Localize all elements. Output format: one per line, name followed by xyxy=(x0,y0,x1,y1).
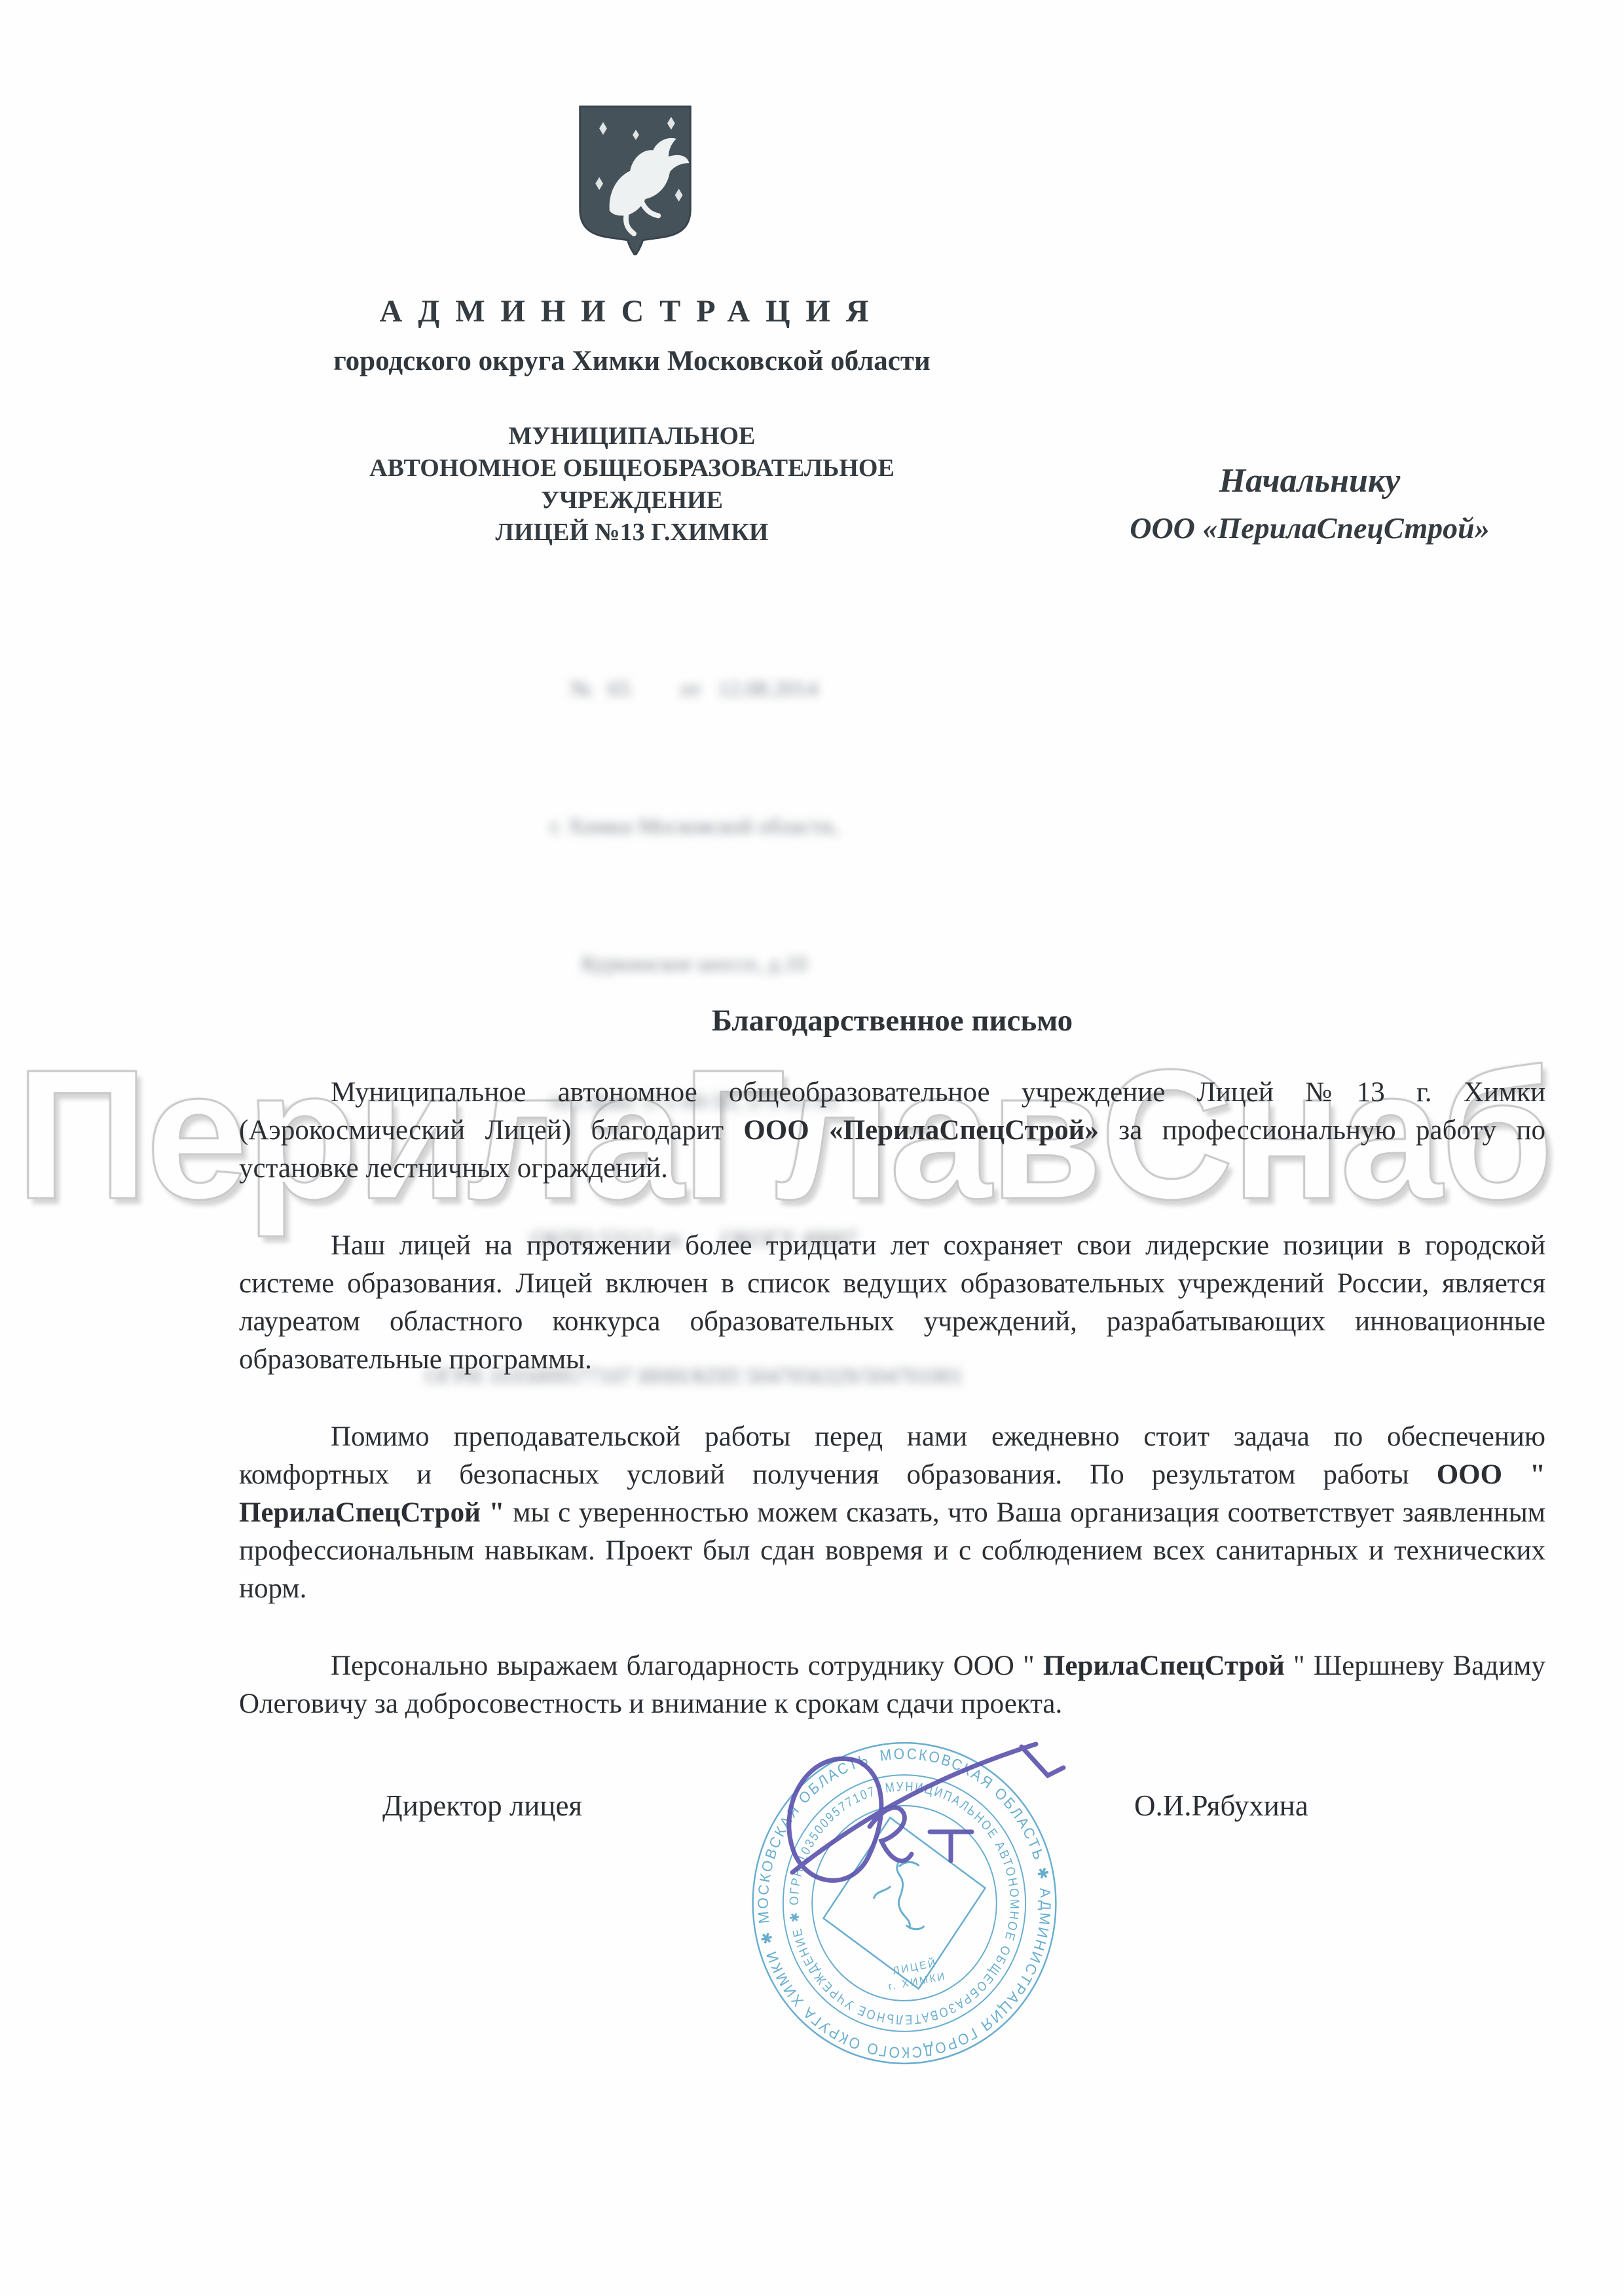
letter-title: Благодарственное письмо xyxy=(239,1003,1545,1038)
paragraph-3: Помимо преподавательской работы перед на… xyxy=(239,1418,1545,1608)
signer-position: Директор лицея xyxy=(382,1789,582,1823)
letter-page: АДМИНИСТРАЦИЯ городского округа Химки Мо… xyxy=(0,0,1624,2296)
organization-line-3: УЧРЕЖДЕНИЕ xyxy=(223,484,1041,517)
administration-subtitle: городского округа Химки Московской облас… xyxy=(223,345,1041,377)
requisites-line: г. Химки Московской области, xyxy=(354,804,1035,850)
shield-icon xyxy=(571,101,699,255)
administration-header: АДМИНИСТРАЦИЯ городского округа Химки Мо… xyxy=(223,293,1041,377)
signer-name: О.И.Рябухина xyxy=(1134,1789,1308,1823)
recipient-title: Начальнику xyxy=(1054,462,1565,500)
handwritten-signature xyxy=(694,1676,1087,2043)
organization-line-1: МУНИЦИПАЛЬНОЕ xyxy=(223,420,1041,452)
paragraph-1: Муниципальное автономное общеобразовател… xyxy=(239,1074,1545,1188)
requisites-line: Куркинское шоссе, д.10 xyxy=(354,941,1035,987)
paragraph-2: Наш лицей на протяжении более тридцати л… xyxy=(239,1227,1545,1379)
recipient-block: Начальнику ООО «ПерилаСпецСтрой» xyxy=(1054,462,1565,545)
paragraph-1-company-bold: ООО «ПерилаСпецСтрой» xyxy=(743,1115,1099,1146)
paragraph-3-text: Помимо преподавательской работы перед на… xyxy=(239,1421,1545,1490)
administration-title: АДМИНИСТРАЦИЯ xyxy=(223,293,1041,329)
organization-name: МУНИЦИПАЛЬНОЕ АВТОНОМНОЕ ОБЩЕОБРАЗОВАТЕЛ… xyxy=(223,420,1041,549)
organization-line-4: ЛИЦЕЙ №13 Г.ХИМКИ xyxy=(223,517,1041,549)
requisites-line: № 65 от 12.08.2014 xyxy=(354,666,1035,712)
coat-of-arms-khimki xyxy=(571,101,699,253)
organization-line-2: АВТОНОМНОЕ ОБЩЕОБРАЗОВАТЕЛЬНОЕ xyxy=(223,452,1041,484)
letter-body: Муниципальное автономное общеобразовател… xyxy=(239,1074,1545,1762)
recipient-company: ООО «ПерилаСпецСтрой» xyxy=(1054,511,1565,545)
